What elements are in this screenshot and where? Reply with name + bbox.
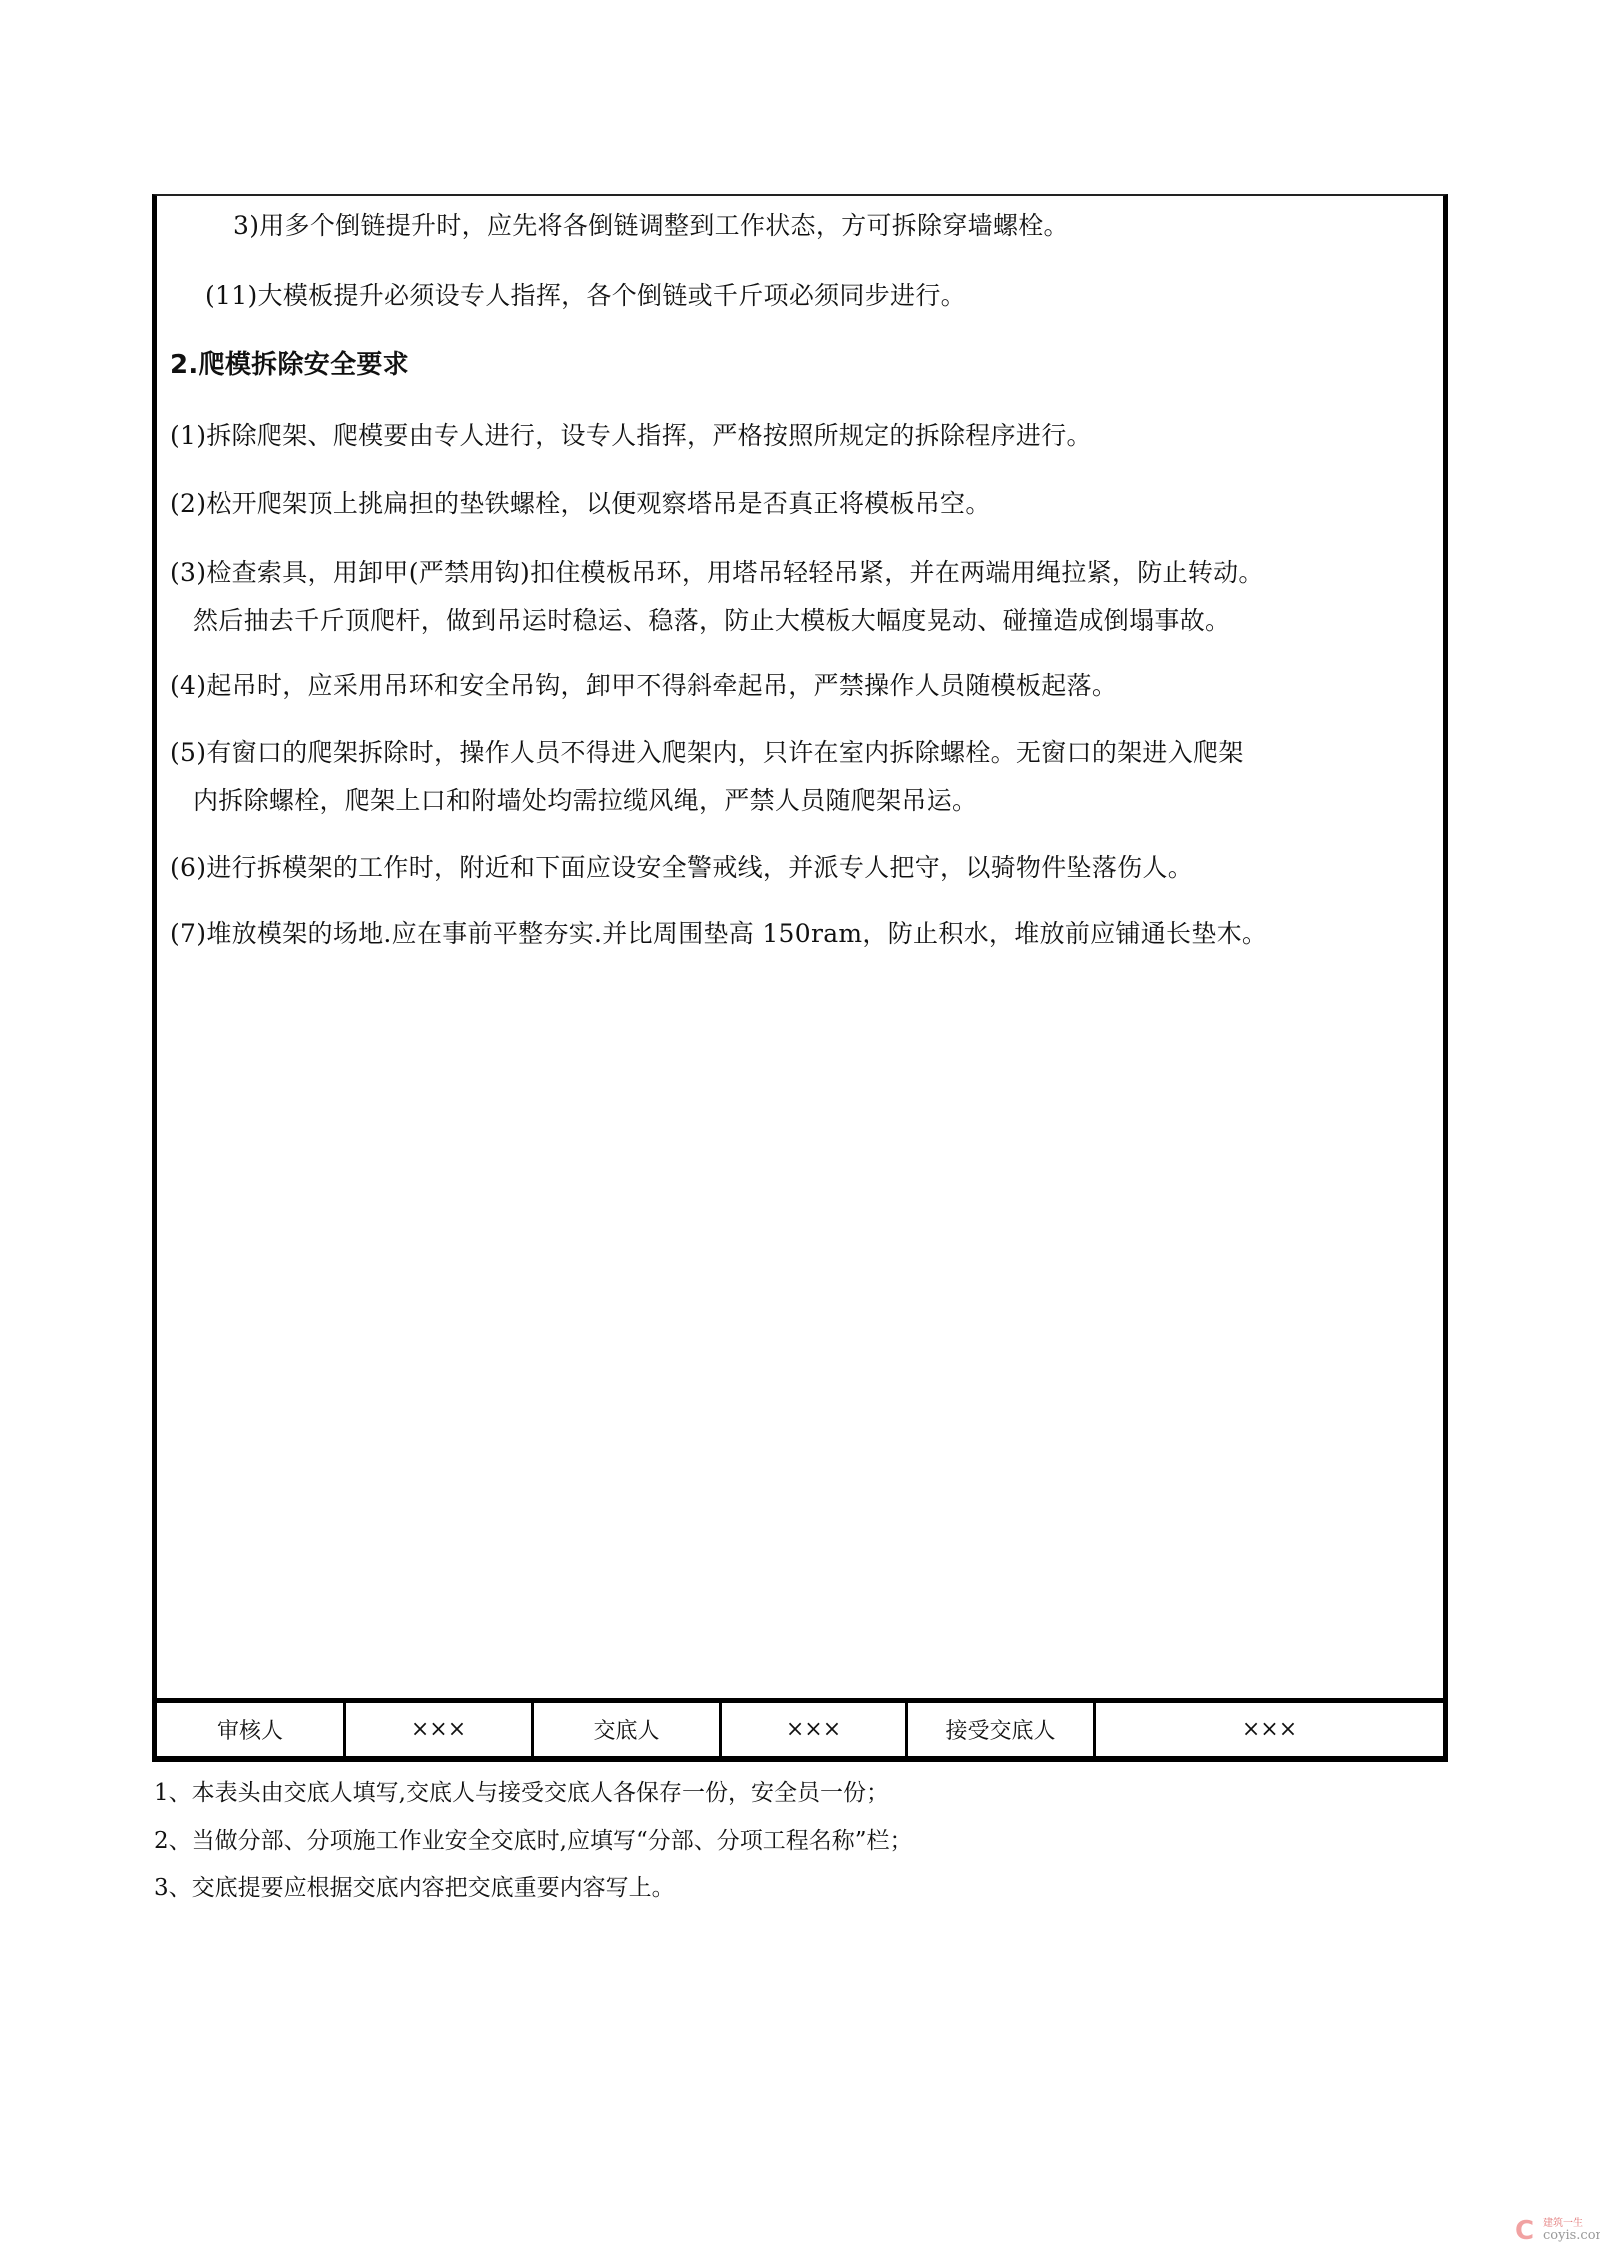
watermark: C 建筑一生 coyis.com: [1515, 2212, 1600, 2252]
note-1: 1、本表头由交底人填写,交底人与接受交底人各保存一份，安全员一份；: [154, 1778, 889, 1808]
document-page: 3)用多个倒链提升时，应先将各倒链调整到工作状态，方可拆除穿墙螺栓。 (11)大…: [0, 0, 1600, 2262]
text-line-item1: (1)拆除爬架、爬模要由专人进行，设专人指挥，严格按照所规定的拆除程序进行。: [170, 420, 1092, 452]
recipient-label: 接受交底人: [908, 1703, 1096, 1756]
text-line-item6: (6)进行拆模架的工作时，附近和下面应设安全警戒线，并派专人把守，以骑物件坠落伤…: [170, 852, 1193, 884]
text-line-item3: (3)检查索具，用卸甲(严禁用钩)扣住模板吊环，用塔吊轻轻吊紧，并在两端用绳拉紧…: [170, 557, 1264, 589]
watermark-en-text: coyis.com: [1543, 2228, 1600, 2243]
text-line-step3: 3)用多个倒链提升时，应先将各倒链调整到工作状态，方可拆除穿墙螺栓。: [233, 210, 1069, 242]
text-line-item4: (4)起吊时，应采用吊环和安全吊钩，卸甲不得斜牵起吊，严禁操作人员随模板起落。: [170, 670, 1117, 702]
discloser-label: 交底人: [534, 1703, 722, 1756]
watermark-logo-icon: C: [1515, 2216, 1534, 2246]
text-line-item7: (7)堆放模架的场地.应在事前平整夯实.并比周围垫高 150ram，防止积水，堆…: [170, 918, 1267, 950]
reviewer-label: 审核人: [157, 1703, 346, 1756]
signature-table: 审核人 ××× 交底人 ××× 接受交底人 ×××: [152, 1698, 1448, 1762]
discloser-value: ×××: [722, 1703, 908, 1756]
reviewer-value: ×××: [346, 1703, 534, 1756]
watermark-cn-text: 建筑一生: [1543, 2214, 1583, 2229]
text-line-item2: (2)松开爬架顶上挑扁担的垫铁螺栓，以便观察塔吊是否真正将模板吊空。: [170, 488, 991, 520]
text-line-item3-cont: 然后抽去千斤顶爬杆，做到吊运时稳运、稳落，防止大模板大幅度晃动、碰撞造成倒塌事故…: [193, 605, 1230, 637]
text-line-item5-cont: 内拆除螺栓，爬架上口和附墙处均需拉缆风绳，严禁人员随爬架吊运。: [193, 785, 977, 817]
text-line-item5: (5)有窗口的爬架拆除时，操作人员不得进入爬架内，只许在室内拆除螺栓。无窗口的架…: [170, 737, 1244, 769]
note-3: 3、交底提要应根据交底内容把交底重要内容写上。: [154, 1873, 675, 1903]
section-heading: 2.爬模拆除安全要求: [170, 349, 409, 381]
recipient-value: ×××: [1096, 1703, 1443, 1756]
text-line-item11: (11)大模板提升必须设专人指挥，各个倒链或千斤项必须同步进行。: [205, 280, 966, 312]
note-2: 2、当做分部、分项施工作业安全交底时,应填写“分部、分项工程名称”栏；: [154, 1826, 912, 1856]
